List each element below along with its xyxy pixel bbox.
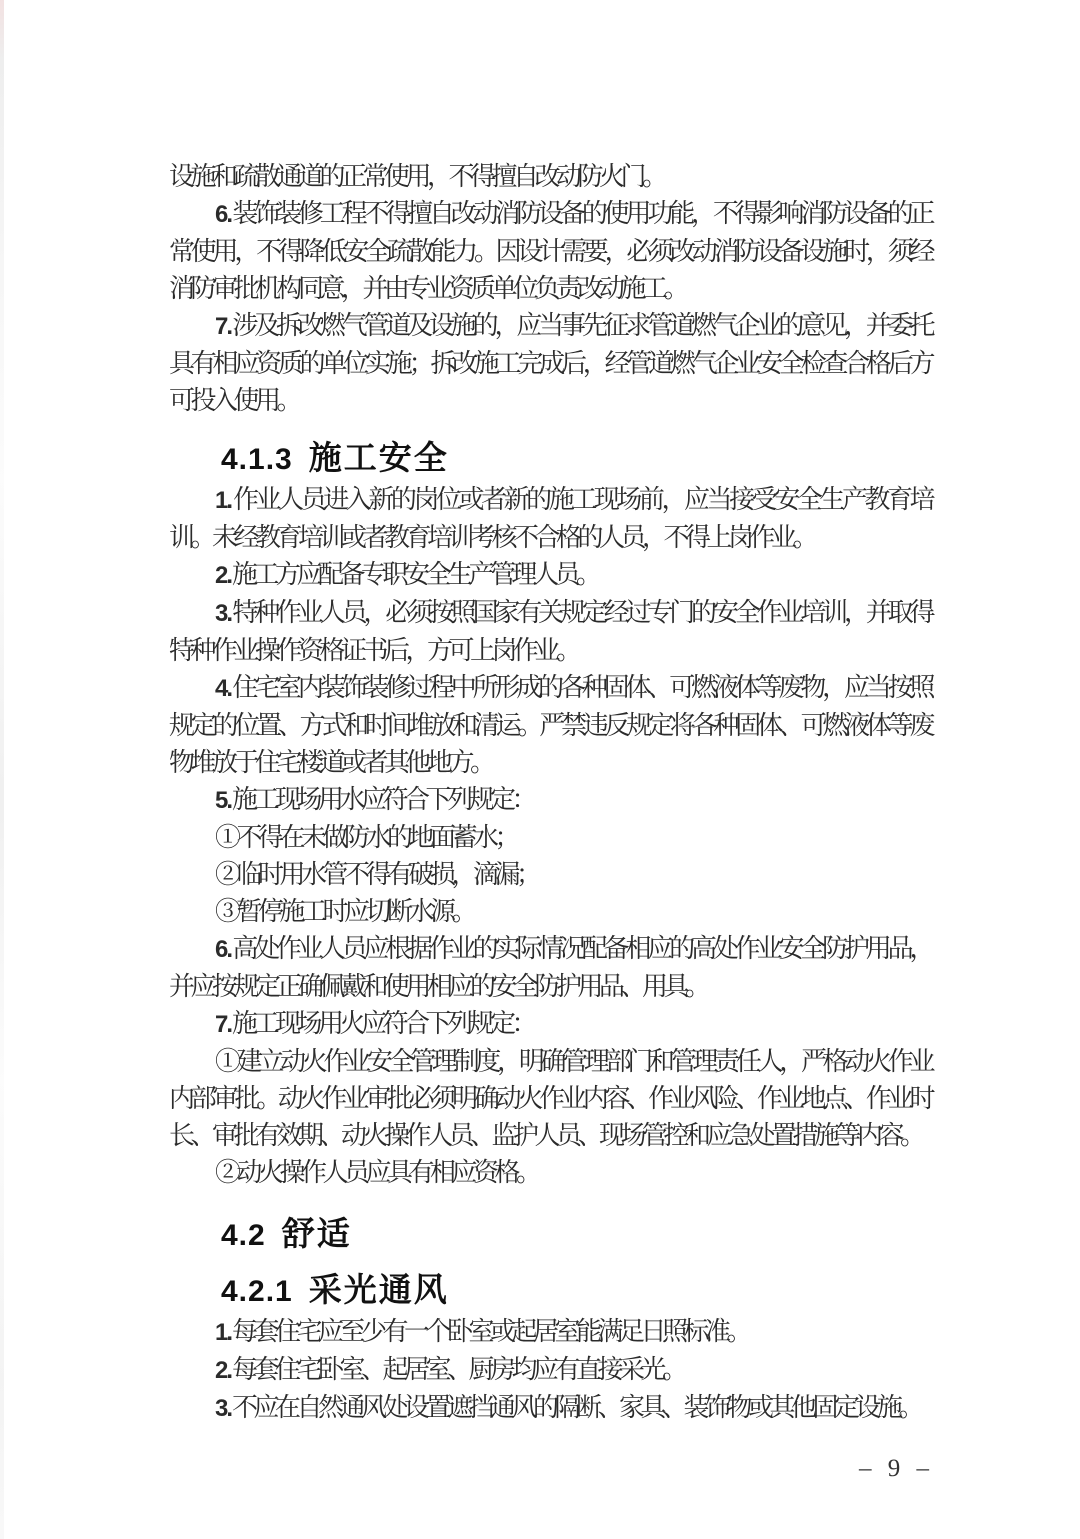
paragraph-text: 住宅室内装饰装修过程中所形成的各种固体、可燃液体等废物，应当按照规定的位置、方式… xyxy=(169,673,931,777)
paragraph: 2.施工方应配备专职安全生产管理人员。 xyxy=(169,556,931,594)
paragraph-text: 施工方应配备专职安全生产管理人员。 xyxy=(232,560,598,589)
section-title: 采光通风 xyxy=(309,1271,449,1308)
paragraph: 设施和疏散通道的正常使用，不得擅自改动防火门。 xyxy=(169,158,931,195)
paragraph: 6.装饰装修工程不得擅自改动消防设备的使用功能，不得影响消防设备的正常使用，不得… xyxy=(169,195,931,307)
section-number: 4.2.1 xyxy=(221,1275,293,1308)
item-number: 3. xyxy=(215,600,231,627)
item-number: 7. xyxy=(215,1011,231,1038)
paragraph: ②临时用水管不得有破损，滴漏； xyxy=(169,856,931,893)
paragraph-text: 不应在自然通风处设置遮挡通风的隔断、家具、装饰物或其他固定设施。 xyxy=(232,1393,920,1422)
paragraph: 1.每套住宅应至少有一个卧室或起居室能满足日照标准。 xyxy=(169,1313,931,1351)
document-page: 设施和疏散通道的正常使用，不得擅自改动防火门。6.装饰装修工程不得擅自改动消防设… xyxy=(0,0,1080,1539)
paragraph-text: 施工现场用火应符合下列规定： xyxy=(232,1009,533,1038)
item-number: 4. xyxy=(215,675,231,702)
section-number: 4.1.3 xyxy=(221,443,293,476)
paragraph: ③暂停施工时应切断水源。 xyxy=(169,893,931,930)
section-heading: 4.2舒适 xyxy=(221,1211,931,1257)
paragraph-text: ①建立动火作业安全管理制度，明确管理部门和管理责任人，严格动火作业内部审批。动火… xyxy=(169,1047,931,1150)
item-number: 6. xyxy=(215,936,231,963)
paragraph: ①建立动火作业安全管理制度，明确管理部门和管理责任人，严格动火作业内部审批。动火… xyxy=(169,1043,931,1154)
paragraph-text: 高处作业人员应根据作业的实际情况配备相应的高处作业安全防护用品，并应按规定正确佩… xyxy=(169,934,931,1001)
paragraph: 3.特种作业人员，必须按照国家有关规定经过专门的安全作业培训，并取得特种作业操作… xyxy=(169,594,931,669)
item-number: 1. xyxy=(215,1319,231,1346)
section-title: 施工安全 xyxy=(309,439,449,476)
paragraph-text: ②临时用水管不得有破损，滴漏； xyxy=(215,860,538,889)
page-number: – 9 – xyxy=(852,1455,938,1483)
paragraph: 2.每套住宅卧室、起居室、厨房均应有直接采光。 xyxy=(169,1351,931,1389)
section-heading: 4.2.1采光通风 xyxy=(221,1267,931,1313)
paragraph-text: 涉及拆改燃气管道及设施的，应当事先征求管道燃气企业的意见，并委托具有相应资质的单… xyxy=(169,311,931,415)
item-number: 2. xyxy=(215,1357,231,1384)
paragraph-text: 作业人员进入新的岗位或者新的施工现场前，应当接受安全生产教育培训。未经教育培训或… xyxy=(169,485,931,552)
paragraph-text: 设施和疏散通道的正常使用，不得擅自改动防火门。 xyxy=(169,162,664,191)
section-number: 4.2 xyxy=(221,1219,266,1252)
item-number: 7. xyxy=(215,313,231,340)
section-heading: 4.1.3施工安全 xyxy=(221,435,931,481)
paragraph: 7.涉及拆改燃气管道及设施的，应当事先征求管道燃气企业的意见，并委托具有相应资质… xyxy=(169,307,931,419)
paragraph: 7.施工现场用火应符合下列规定： xyxy=(169,1005,931,1043)
paragraph-text: 施工现场用水应符合下列规定： xyxy=(232,785,533,814)
item-number: 6. xyxy=(215,201,231,228)
paragraph-text: 特种作业人员，必须按照国家有关规定经过专门的安全作业培训，并取得特种作业操作资格… xyxy=(169,598,931,665)
item-number: 3. xyxy=(215,1395,231,1422)
section-title: 舒适 xyxy=(282,1215,352,1252)
page-body: 设施和疏散通道的正常使用，不得擅自改动防火门。6.装饰装修工程不得擅自改动消防设… xyxy=(169,158,931,1427)
paragraph: ②动火操作人员应具有相应资格。 xyxy=(169,1154,931,1191)
paragraph-text: 装饰装修工程不得擅自改动消防设备的使用功能，不得影响消防设备的正常使用，不得降低… xyxy=(169,199,931,303)
paragraph: 1.作业人员进入新的岗位或者新的施工现场前，应当接受安全生产教育培训。未经教育培… xyxy=(169,481,931,556)
paragraph: 3.不应在自然通风处设置遮挡通风的隔断、家具、装饰物或其他固定设施。 xyxy=(169,1389,931,1427)
paragraph-text: ②动火操作人员应具有相应资格。 xyxy=(215,1158,538,1187)
paragraph: 6.高处作业人员应根据作业的实际情况配备相应的高处作业安全防护用品，并应按规定正… xyxy=(169,930,931,1005)
item-number: 1. xyxy=(215,487,231,514)
paragraph: 5.施工现场用水应符合下列规定： xyxy=(169,781,931,819)
paragraph-text: ③暂停施工时应切断水源。 xyxy=(215,897,473,926)
paragraph-text: ①不得在未做防水的地面蓄水； xyxy=(215,823,516,852)
item-number: 2. xyxy=(215,562,231,589)
paragraph: 4.住宅室内装饰装修过程中所形成的各种固体、可燃液体等废物，应当按照规定的位置、… xyxy=(169,669,931,781)
paragraph: ①不得在未做防水的地面蓄水； xyxy=(169,819,931,856)
paragraph-text: 每套住宅应至少有一个卧室或起居室能满足日照标准。 xyxy=(232,1317,748,1346)
item-number: 5. xyxy=(215,787,231,814)
scan-edge-artifact xyxy=(0,0,4,1539)
paragraph-text: 每套住宅卧室、起居室、厨房均应有直接采光。 xyxy=(232,1355,684,1384)
